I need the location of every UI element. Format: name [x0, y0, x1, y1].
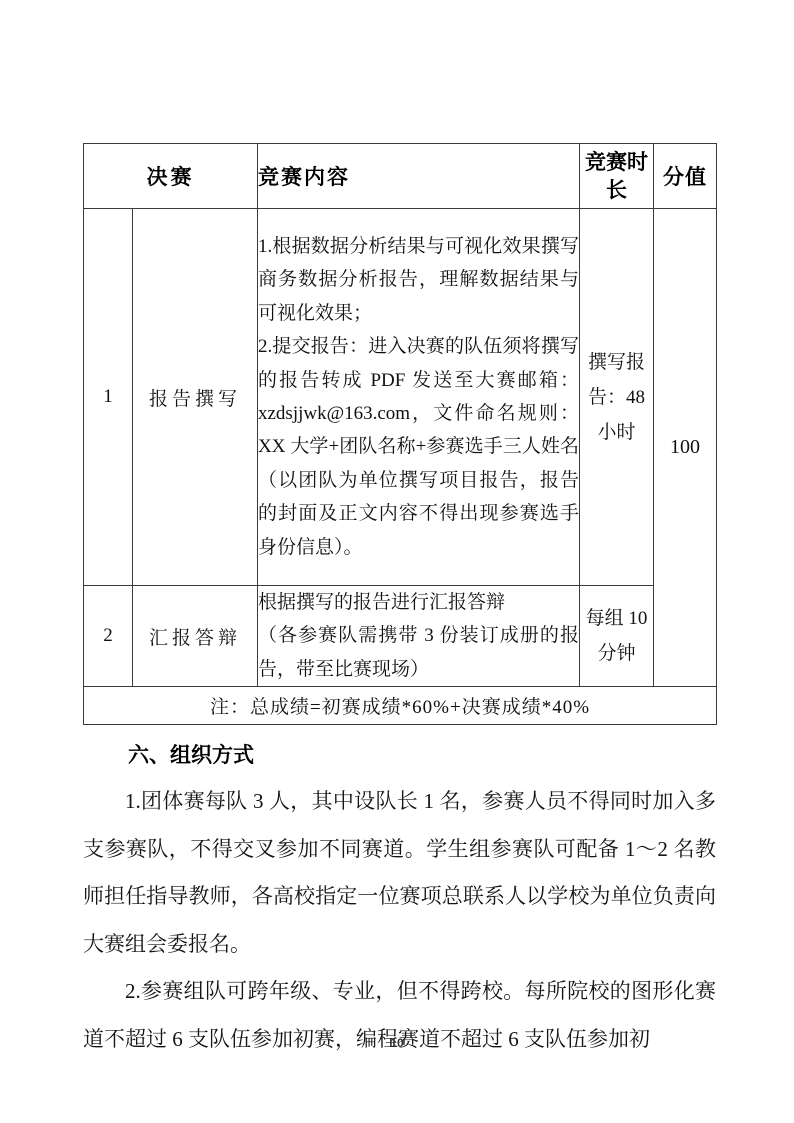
row-content-text: 1.根据数据分析结果与可视化效果撰写商务数据分析报告，理解数据结果与可视化效果；… — [258, 209, 580, 586]
table-note-row: 注：总成绩=初赛成绩*60%+决赛成绩*40% — [84, 687, 717, 725]
page-number: 10 — [0, 1036, 794, 1050]
section-body: 1.团体赛每队 3 人，其中设队长 1 名，参赛人员不得同时加入多支参赛队，不得… — [83, 778, 716, 1063]
row-duration: 每组 10 分钟 — [580, 586, 654, 687]
header-cell-content: 竞赛内容 — [258, 144, 580, 209]
header-cell-score: 分值 — [654, 144, 717, 209]
row-stage-name: 汇报答辩 — [133, 586, 258, 687]
row-score: 100 — [654, 209, 717, 687]
table-header-row: 决赛 竞赛内容 竞赛时长 分值 — [84, 144, 717, 209]
body-paragraph: 1.团体赛每队 3 人，其中设队长 1 名，参赛人员不得同时加入多支参赛队，不得… — [83, 778, 716, 968]
organization-section: 六、组织方式 1.团体赛每队 3 人，其中设队长 1 名，参赛人员不得同时加入多… — [83, 741, 716, 1063]
row-index: 2 — [84, 586, 133, 687]
header-cell-stage: 决赛 — [84, 144, 258, 209]
row-duration: 撰写报告：48 小时 — [580, 209, 654, 586]
row-index: 1 — [84, 209, 133, 586]
header-cell-duration: 竞赛时长 — [580, 144, 654, 209]
table-row: 1 报告撰写 1.根据数据分析结果与可视化效果撰写商务数据分析报告，理解数据结果… — [84, 209, 717, 586]
document-page: 决赛 竞赛内容 竞赛时长 分值 1 报告撰写 1.根据数据分析结果与可视化效果撰… — [0, 0, 794, 1123]
finals-schedule-table: 决赛 竞赛内容 竞赛时长 分值 1 报告撰写 1.根据数据分析结果与可视化效果撰… — [83, 143, 717, 725]
score-formula-note: 注：总成绩=初赛成绩*60%+决赛成绩*40% — [84, 687, 717, 725]
row-stage-name: 报告撰写 — [133, 209, 258, 586]
table-row: 2 汇报答辩 根据撰写的报告进行汇报答辩 （各参赛队需携带 3 份装订成册的报告… — [84, 586, 717, 687]
section-heading: 六、组织方式 — [83, 741, 716, 771]
row-content-text: 根据撰写的报告进行汇报答辩 （各参赛队需携带 3 份装订成册的报告，带至比赛现场… — [258, 586, 580, 687]
page-content: 决赛 竞赛内容 竞赛时长 分值 1 报告撰写 1.根据数据分析结果与可视化效果撰… — [83, 143, 716, 1063]
